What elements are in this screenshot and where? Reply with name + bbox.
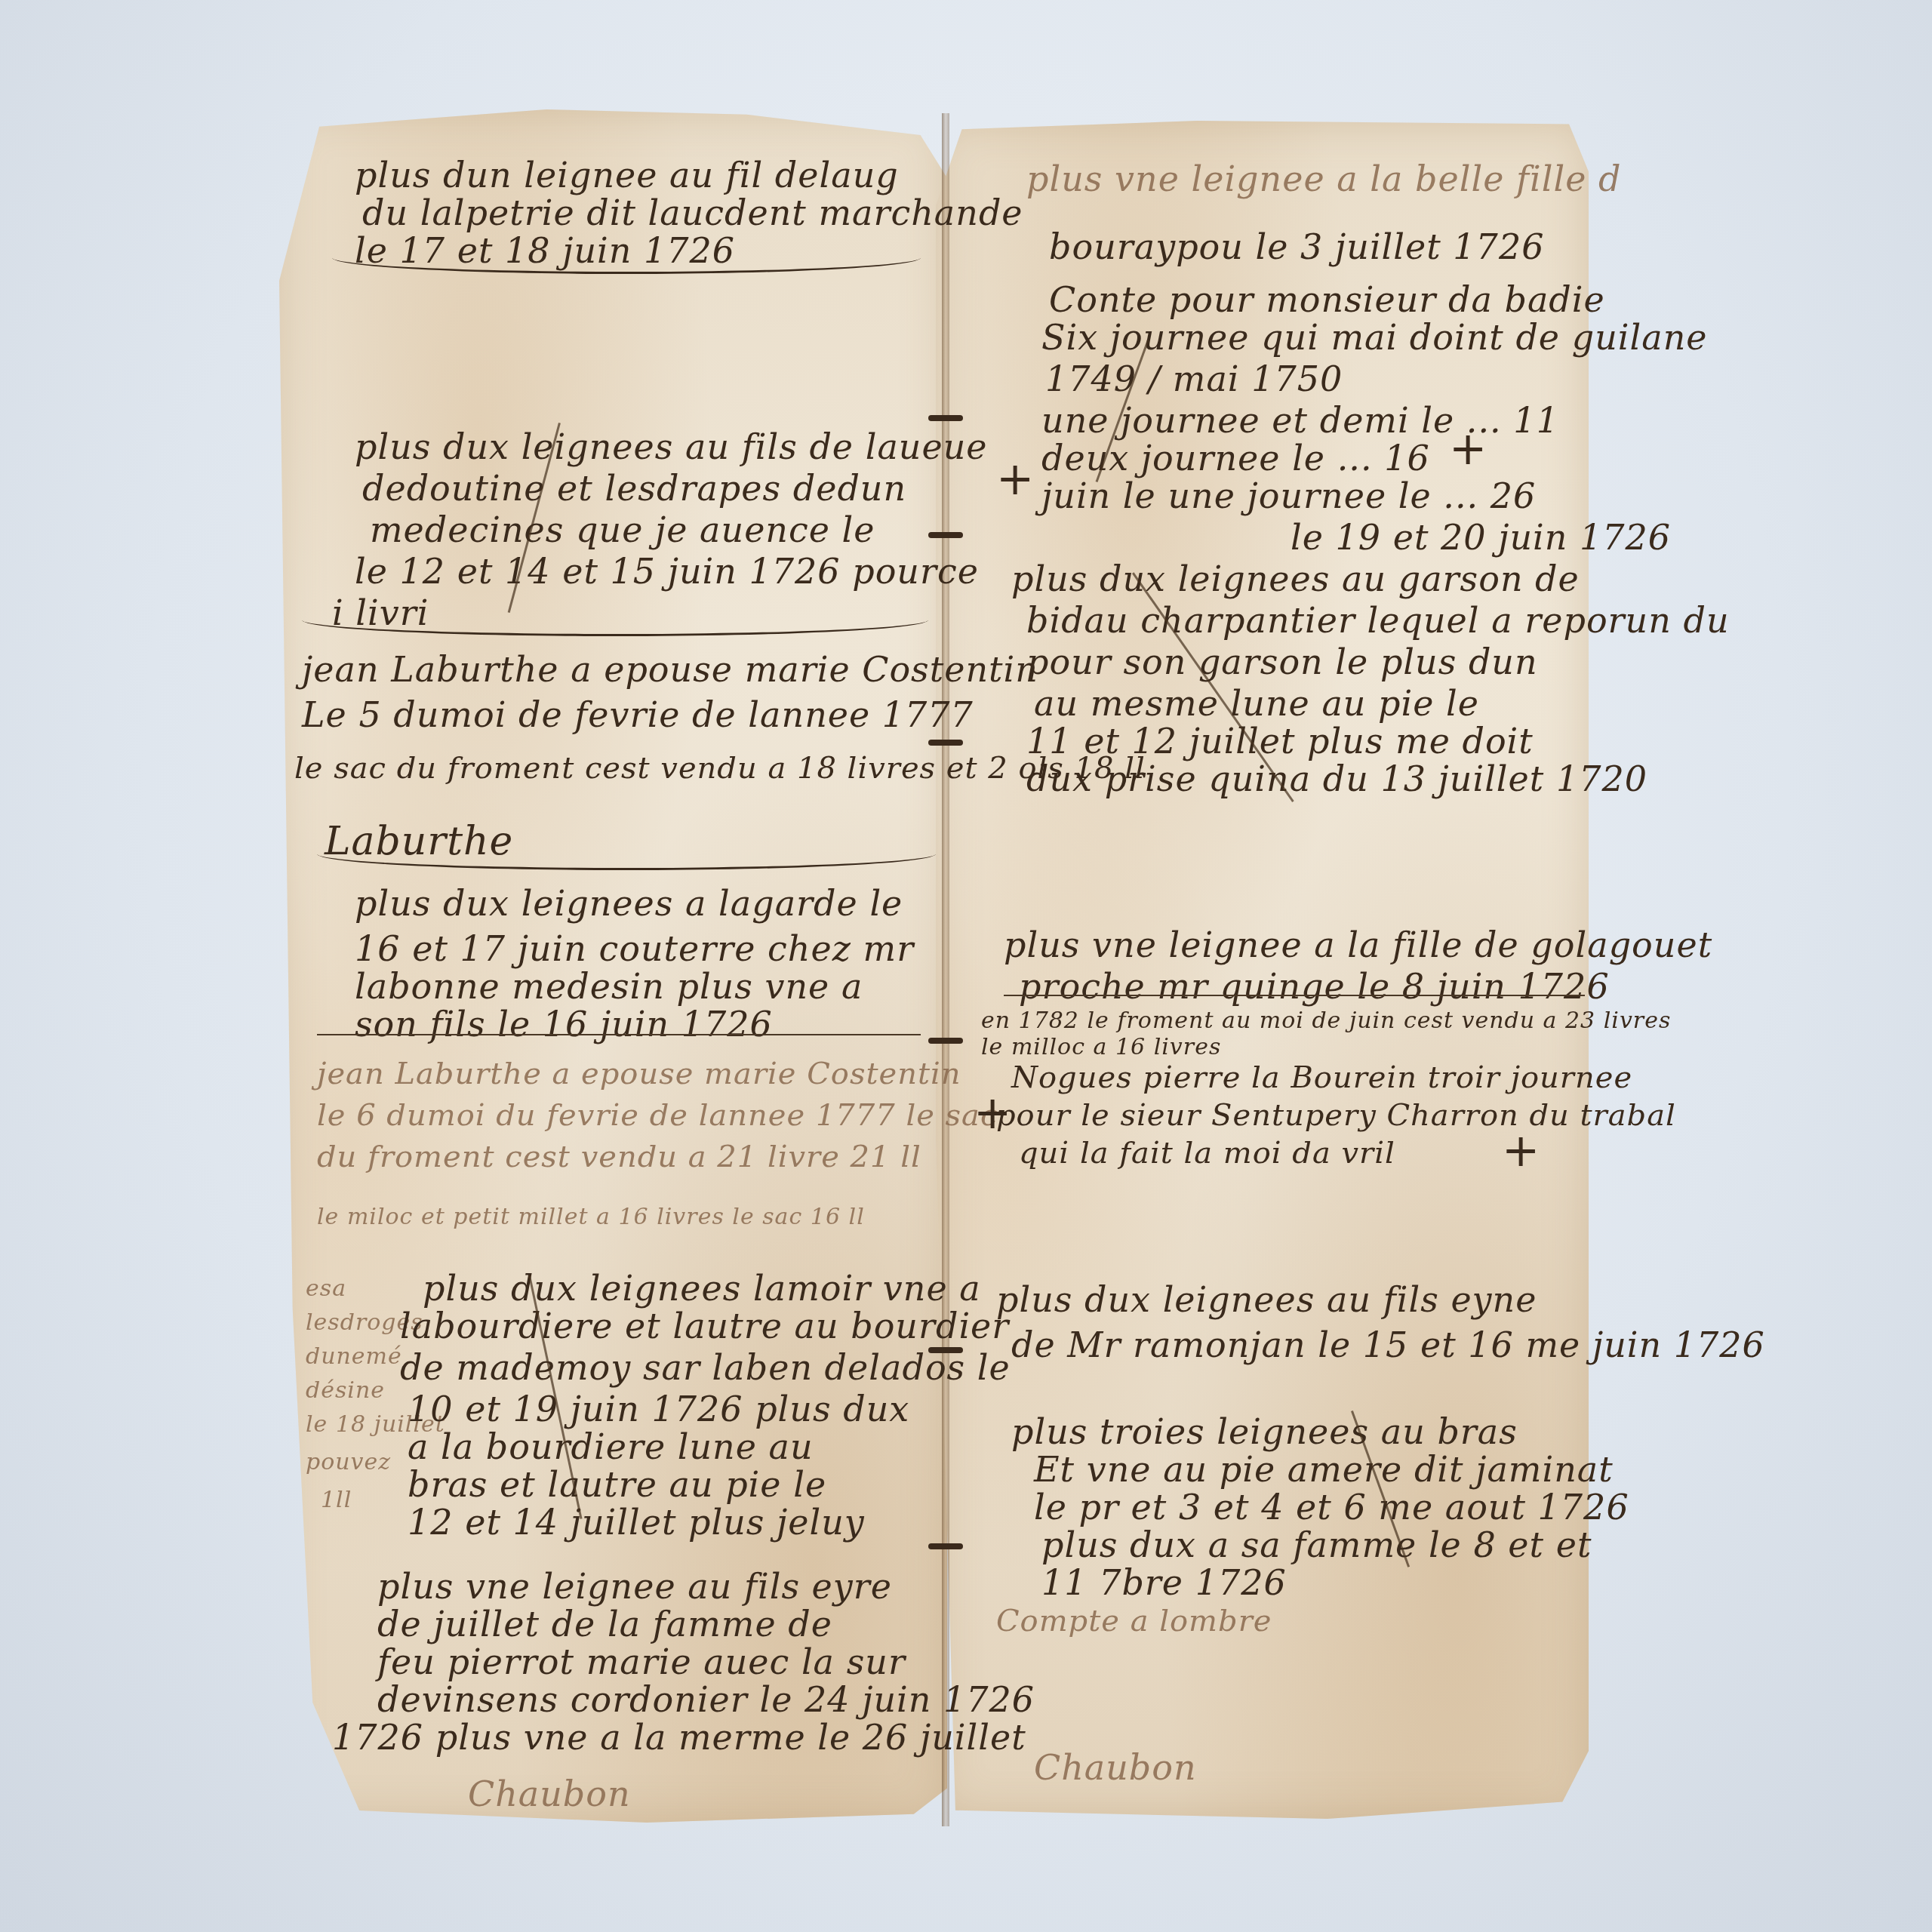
entry-line: son fils le 16 juin 1726 [355,1004,773,1044]
entry-line: plus dux leignees au fils eyne [996,1279,1537,1320]
entry-line: le 12 et 14 et 15 juin 1726 pource [355,551,979,592]
entry-line: qui la fait la moi da vril [1019,1136,1395,1171]
entry-line: le pr et 3 et 4 et 6 me aout 1726 [1034,1487,1629,1527]
margin-note: esa [306,1275,346,1302]
entry-line: dedoutine et lesdrapes dedun [362,468,906,509]
cross-mark-icon: + [1449,423,1487,475]
cross-mark-icon: + [996,453,1034,506]
entry-line: 11 7bre 1726 [1041,1562,1287,1603]
entry-line: plus dux leignees lamoir vne a [423,1268,981,1309]
entry-line: feu pierrot marie auec la sur [377,1641,906,1682]
entry-line: plus vne leignee au fils eyre [377,1566,892,1607]
entry-line: labourdiere et lautre au bourdier [400,1306,1009,1346]
entry-line: bouraypou le 3 juillet 1726 [1049,226,1544,267]
entry-line: plus dux leignees au fils de laueue [355,426,988,467]
entry-line: Et vne au pie amere dit jaminat [1034,1449,1614,1490]
entry-date: le 19 et 20 juin 1726 [1291,517,1671,558]
flourish-divider [332,241,921,274]
entry-line: juin le une journee le ... 26 [1041,475,1536,516]
book-spine [942,113,949,1826]
margin-note: pouvez [306,1449,391,1475]
binding-stitch [928,1038,963,1044]
entry-line: le milloc a 16 livres [981,1034,1221,1060]
entry-line: du lalpetrie dit laucdent marchande [362,192,1023,233]
entry-line: bidau charpantier lequel a reporun du [1026,600,1730,641]
entry-line: plus vne leignee a la fille de golagouet [1004,924,1712,965]
entry-line: Compte a lombre [996,1604,1272,1638]
margin-note: dunemé [306,1343,402,1370]
entry-line: pour le sieur Sentupery Charron du traba… [996,1098,1676,1133]
signature: Chaubon [468,1774,631,1814]
margin-note: 1ll [321,1487,352,1513]
binding-stitch [928,532,963,538]
entry-line: jean Laburthe a epouse marie Costentin [302,649,1038,690]
entry-line: 11 et 12 juillet plus me doit [1026,721,1534,761]
entry-line: en 1782 le froment au moi de juin cest v… [981,1008,1671,1034]
entry-line: de Mr ramonjan le 15 et 16 me juin 1726 [1011,1324,1765,1365]
entry-line: 1726 plus vne a la merme le 26 juillet [332,1717,1026,1758]
entry-line: bras et lautre au pie le [408,1464,826,1505]
divider-line [317,1034,921,1035]
flourish-divider [317,838,936,870]
binding-stitch [928,415,963,421]
entry-line: 1749 / mai 1750 [1045,358,1343,399]
entry-line: labonne medesin plus vne a [355,966,863,1007]
entry-line: plus vne leignee a la belle fille d [1026,158,1621,199]
entry-line: plus troies leignees au bras [1011,1411,1518,1452]
entry-line: devinsens cordonier le 24 juin 1726 [377,1679,1035,1720]
entry-line: a la bourdiere lune au [408,1426,814,1467]
divider-line [1004,995,1585,996]
entry-line: le 6 dumoi du fevrie de lannee 1777 le s… [317,1098,998,1133]
cross-mark-icon: + [974,1087,1011,1140]
entry-line: plus dux a sa famme le 8 et et [1041,1524,1592,1565]
binding-stitch [928,740,963,746]
entry-line: le sac du froment cest vendu a 18 livres… [294,751,1146,786]
entry-line: 16 et 17 juin couterre chez mr [355,928,914,969]
entry-line: de juillet de la famme de [377,1604,832,1644]
signature: Chaubon [1034,1747,1197,1788]
entry-line: de mademoy sar laben delados le [400,1347,1011,1388]
entry-line: 10 et 19 juin 1726 plus dux [408,1389,909,1429]
entry-line: pour son garson le plus dun [1026,641,1538,682]
entry-line: du froment cest vendu a 21 livre 21 ll [317,1140,921,1174]
entry-line: medecines que je auence le [370,509,875,550]
entry-line: Le 5 dumoi de fevrie de lannee 1777 [302,694,974,735]
entry-line: 12 et 14 juillet plus jeluy [408,1502,865,1543]
entry-line: le miloc et petit millet a 16 livres le … [317,1204,865,1230]
binding-stitch [928,1543,963,1549]
entry-line: au mesme lune au pie le [1034,683,1479,724]
entry-line: Nogues pierre la Bourein troir journee [1011,1060,1632,1095]
entry-line: proche mr quinge le 8 juin 1726 [1019,966,1610,1007]
account-heading: Conte pour monsieur da badie [1049,279,1605,320]
cross-mark-icon: + [1502,1124,1540,1177]
margin-note: désine [306,1377,385,1404]
entry-line: dux prise quina du 13 juillet 1720 [1026,758,1647,799]
entry-line: jean Laburthe a epouse marie Costentin [317,1057,961,1091]
entry-line: plus dux leignees au garson de [1011,558,1580,599]
entry-line: plus dux leignees a lagarde le [355,883,903,924]
flourish-divider [302,604,928,636]
entry-line: Six journee qui mai doint de guilane [1041,317,1708,358]
entry-line: plus dun leignee au fil delaug [355,155,899,195]
